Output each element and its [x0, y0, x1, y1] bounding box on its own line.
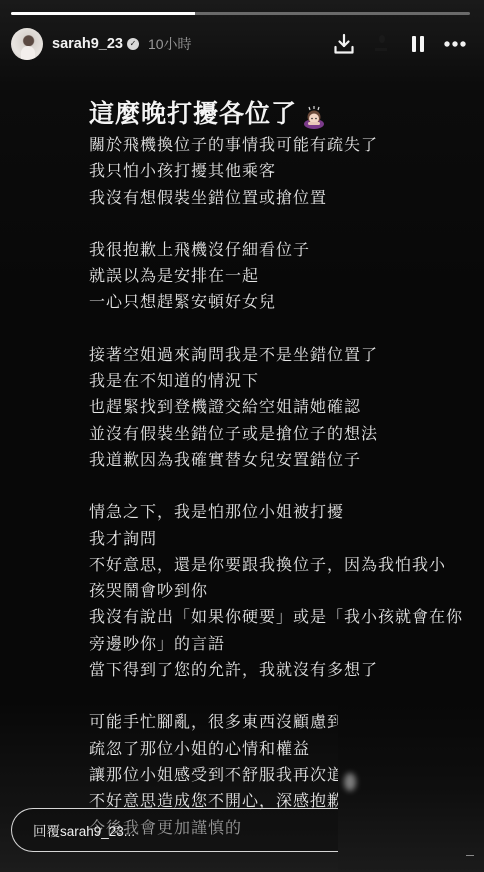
download-icon	[333, 33, 355, 55]
story-line: 我道歉因為我確實替女兒安置錯位子	[89, 447, 449, 473]
story-header: sarah9_23 ✓ 10小時	[11, 27, 473, 61]
story-line: 關於飛機換位子的事情我可能有疏失了	[89, 132, 449, 158]
reply-edge-marker	[466, 855, 474, 856]
mute-button[interactable]	[362, 27, 399, 61]
story-progress-fill	[11, 12, 195, 15]
reply-placeholder: 回覆sarah9_23...	[33, 820, 135, 840]
story-line: 一心只想趕緊安頓好女兒	[89, 289, 449, 315]
story-title-text: 這麼晚打擾各位了	[89, 96, 297, 132]
story-line: 情急之下，我是怕那位小姐被打擾	[89, 499, 449, 525]
download-button[interactable]	[325, 27, 362, 61]
story-line: 我才詢問	[89, 526, 449, 552]
verified-badge-icon: ✓	[127, 38, 139, 50]
paragraph-gap	[89, 316, 449, 342]
story-title: 這麼晚打擾各位了	[89, 96, 449, 132]
story-line: 接著空姐過來詢問我是不是坐錯位置了	[89, 342, 449, 368]
distressed-girl-emoji-icon	[303, 103, 325, 125]
avatar[interactable]	[11, 28, 43, 60]
story-line: 我是在不知道的情況下	[89, 368, 449, 394]
story-paragraph: 情急之下，我是怕那位小姐被打擾我才詢問不好意思，還是你要跟我換位子，因為我怕我小…	[89, 499, 449, 683]
right-fade-overlay	[338, 700, 484, 872]
story-line: 也趕緊找到登機證交給空姐請她確認	[89, 394, 449, 420]
username[interactable]: sarah9_23	[52, 36, 123, 52]
story-paragraph: 我很抱歉上飛機沒仔細看位子就誤以為是安排在一起一心只想趕緊安頓好女兒	[89, 237, 449, 316]
person-silhouette-icon	[370, 33, 392, 55]
story-line: 旁邊吵你」的言語	[89, 631, 449, 657]
header-actions	[325, 27, 473, 61]
story-viewer: sarah9_23 ✓ 10小時	[0, 0, 484, 872]
post-time: 10小時	[148, 34, 192, 54]
reply-input[interactable]: 回覆sarah9_23...	[11, 808, 338, 852]
pause-icon	[409, 34, 427, 54]
more-options-button[interactable]	[436, 27, 473, 61]
story-line: 並沒有假裝坐錯位子或是搶位子的想法	[89, 421, 449, 447]
story-line: 我沒有說出「如果你硬要」或是「我小孩就會在你	[89, 604, 449, 630]
story-line: 我只怕小孩打擾其他乘客	[89, 158, 449, 184]
story-progress-bar	[11, 12, 470, 15]
more-horizontal-icon	[443, 40, 467, 48]
pause-button[interactable]	[399, 27, 436, 61]
story-paragraph: 關於飛機換位子的事情我可能有疏失了我只怕小孩打擾其他乘客我沒有想假裝坐錯位置或搶…	[89, 132, 449, 211]
story-line: 我沒有想假裝坐錯位置或搶位置	[89, 185, 449, 211]
story-line: 不好意思，還是你要跟我換位子，因為我怕我小	[89, 552, 449, 578]
paragraph-gap	[89, 473, 449, 499]
story-line: 當下得到了您的允許，我就沒有多想了	[89, 657, 449, 683]
story-paragraph: 接著空姐過來詢問我是不是坐錯位置了我是在不知道的情況下也趕緊找到登機證交給空姐請…	[89, 342, 449, 473]
story-line: 孩哭鬧會吵到你	[89, 578, 449, 604]
story-line: 我很抱歉上飛機沒仔細看位子	[89, 237, 449, 263]
paragraph-gap	[89, 211, 449, 237]
story-line: 就誤以為是安排在一起	[89, 263, 449, 289]
blurred-glyph	[344, 773, 356, 791]
